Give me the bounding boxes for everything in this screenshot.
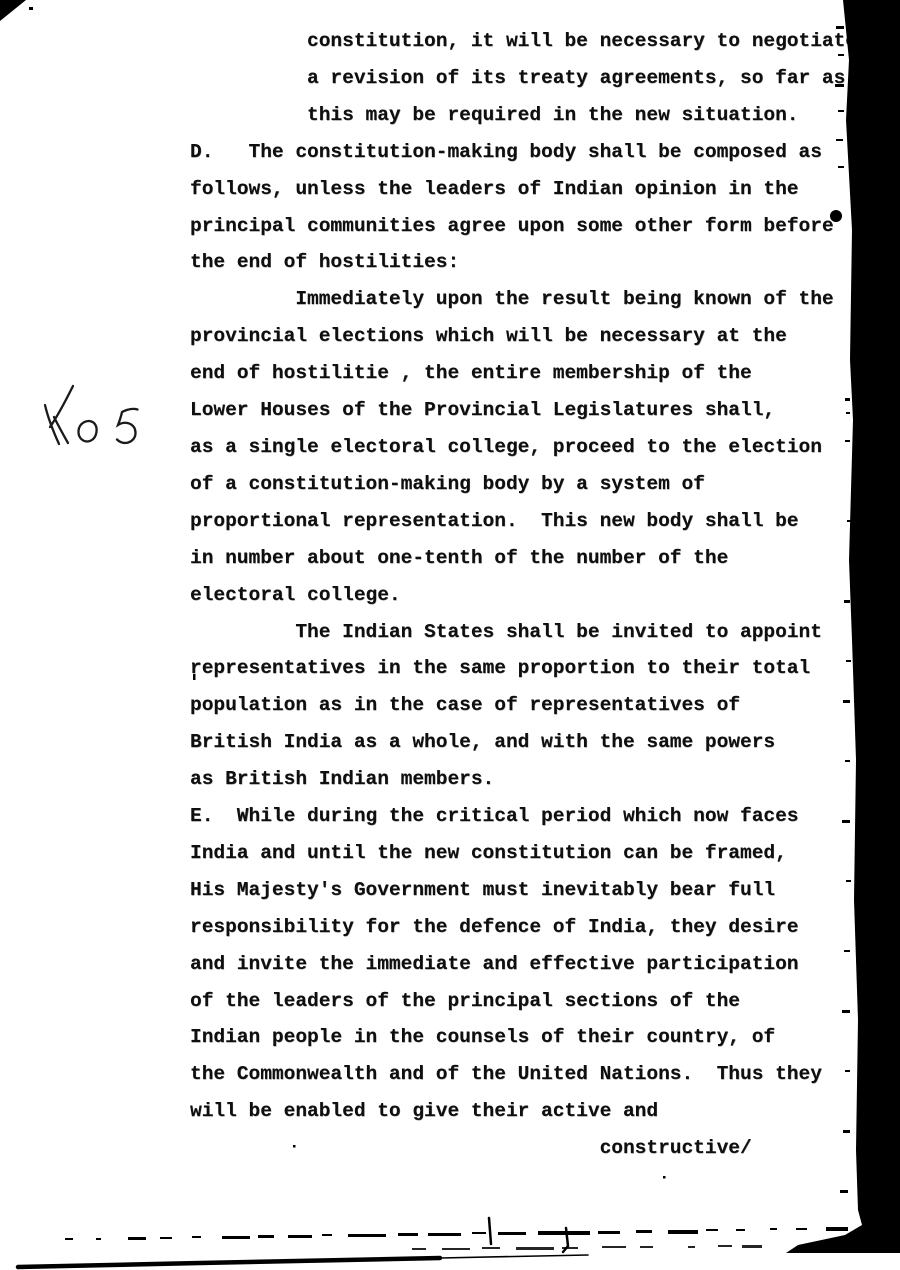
bottom-diagonal-line	[18, 1255, 588, 1267]
bottom-smudge-line	[65, 1227, 848, 1240]
handwritten-annotation	[30, 375, 170, 485]
handwritten-letter-o	[78, 421, 96, 441]
scanned-document-page: constitution, it will be necessary to ne…	[0, 0, 900, 1270]
handwritten-letter-k	[45, 386, 73, 444]
top-left-corner-artifact	[0, 0, 33, 21]
bottom-dash-line	[412, 1245, 762, 1250]
handwritten-digit-5	[117, 409, 138, 443]
typewritten-text: constitution, it will be necessary to ne…	[190, 23, 857, 1167]
vertical-tick-marks	[489, 1218, 568, 1252]
